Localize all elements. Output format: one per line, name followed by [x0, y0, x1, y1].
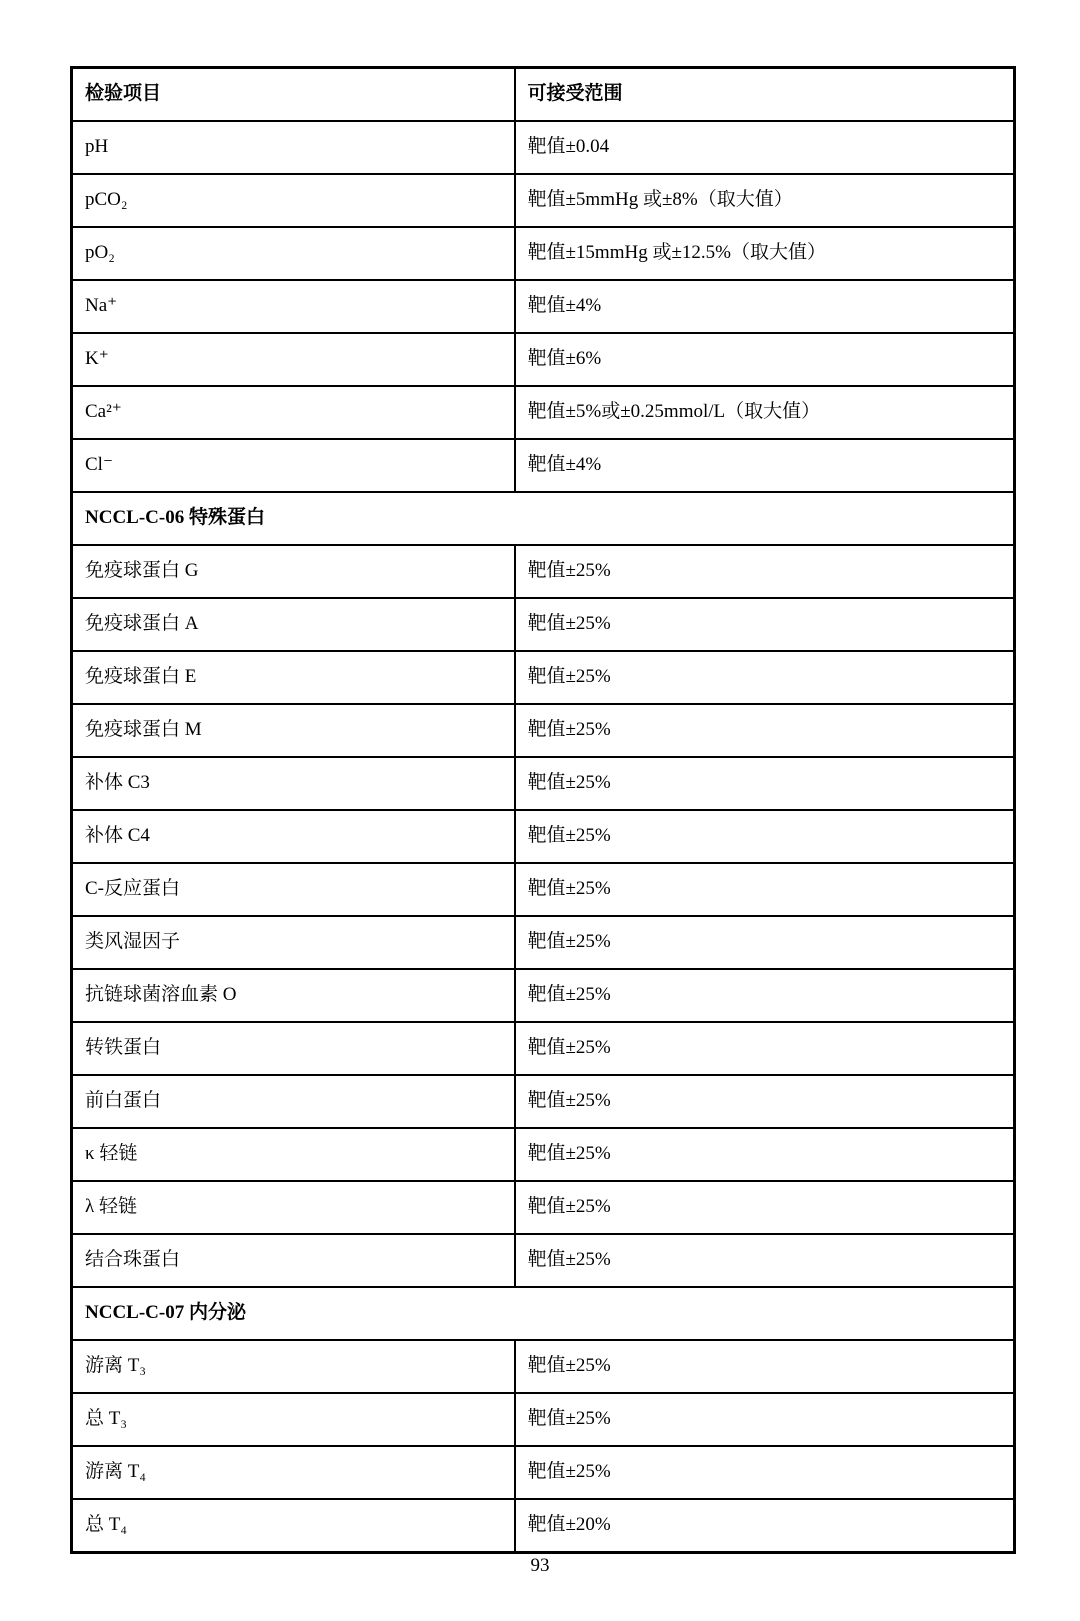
- acceptable-range-cell: 靶值±25%: [515, 651, 1015, 704]
- table-row: pH靶值±0.04: [72, 121, 1015, 174]
- test-item-cell: 总 T₄: [72, 1499, 515, 1553]
- test-item-cell: 免疫球蛋白 E: [72, 651, 515, 704]
- acceptable-range-cell: 靶值±25%: [515, 863, 1015, 916]
- test-item-cell: 免疫球蛋白 G: [72, 545, 515, 598]
- test-item-cell: 免疫球蛋白 A: [72, 598, 515, 651]
- table-row: 总 T₄靶值±20%: [72, 1499, 1015, 1553]
- table-row: 补体 C3靶值±25%: [72, 757, 1015, 810]
- acceptable-range-cell: 靶值±25%: [515, 1075, 1015, 1128]
- table-row: Na⁺靶值±4%: [72, 280, 1015, 333]
- table-row: 转铁蛋白靶值±25%: [72, 1022, 1015, 1075]
- table-row: 免疫球蛋白 A靶值±25%: [72, 598, 1015, 651]
- acceptable-range-cell: 靶值±15mmHg 或±12.5%（取大值）: [515, 227, 1015, 280]
- section-label: NCCL-C-06 特殊蛋白: [72, 492, 1015, 545]
- table-row: 结合珠蛋白靶值±25%: [72, 1234, 1015, 1287]
- acceptable-range-cell: 靶值±25%: [515, 1128, 1015, 1181]
- acceptable-range-cell: 靶值±25%: [515, 1022, 1015, 1075]
- acceptable-range-cell: 靶值±25%: [515, 969, 1015, 1022]
- test-item-cell: 前白蛋白: [72, 1075, 515, 1128]
- table-row: Ca²⁺靶值±5%或±0.25mmol/L（取大值）: [72, 386, 1015, 439]
- test-item-cell: 补体 C3: [72, 757, 515, 810]
- table-row: 游离 T₄靶值±25%: [72, 1446, 1015, 1499]
- table-row: 补体 C4靶值±25%: [72, 810, 1015, 863]
- acceptable-range-cell: 靶值±25%: [515, 1393, 1015, 1446]
- acceptable-range-cell: 靶值±25%: [515, 704, 1015, 757]
- table-row: λ 轻链靶值±25%: [72, 1181, 1015, 1234]
- acceptable-range-cell: 靶值±5mmHg 或±8%（取大值）: [515, 174, 1015, 227]
- test-item-cell: Cl⁻: [72, 439, 515, 492]
- table-row: 前白蛋白靶值±25%: [72, 1075, 1015, 1128]
- test-item-cell: 游离 T₄: [72, 1446, 515, 1499]
- test-item-cell: λ 轻链: [72, 1181, 515, 1234]
- table-header-row: 检验项目 可接受范围: [72, 68, 1015, 122]
- section-header-row: NCCL-C-06 特殊蛋白: [72, 492, 1015, 545]
- test-item-cell: pO₂: [72, 227, 515, 280]
- acceptance-range-table: 检验项目 可接受范围 pH靶值±0.04pCO₂靶值±5mmHg 或±8%（取大…: [70, 66, 1016, 1554]
- test-item-cell: 结合珠蛋白: [72, 1234, 515, 1287]
- table-row: 类风湿因子靶值±25%: [72, 916, 1015, 969]
- table-row: Cl⁻靶值±4%: [72, 439, 1015, 492]
- acceptable-range-cell: 靶值±0.04: [515, 121, 1015, 174]
- test-item-cell: 类风湿因子: [72, 916, 515, 969]
- table-row: 免疫球蛋白 G靶值±25%: [72, 545, 1015, 598]
- table-row: 总 T₃靶值±25%: [72, 1393, 1015, 1446]
- test-item-cell: Ca²⁺: [72, 386, 515, 439]
- section-header-row: NCCL-C-07 内分泌: [72, 1287, 1015, 1340]
- column-header-test-item: 检验项目: [72, 68, 515, 122]
- test-item-cell: pCO₂: [72, 174, 515, 227]
- table-row: 抗链球菌溶血素 O靶值±25%: [72, 969, 1015, 1022]
- acceptable-range-cell: 靶值±20%: [515, 1499, 1015, 1553]
- test-item-cell: 总 T₃: [72, 1393, 515, 1446]
- test-item-cell: C-反应蛋白: [72, 863, 515, 916]
- table-row: C-反应蛋白靶值±25%: [72, 863, 1015, 916]
- acceptable-range-cell: 靶值±25%: [515, 810, 1015, 863]
- test-item-cell: K⁺: [72, 333, 515, 386]
- table-row: 免疫球蛋白 M靶值±25%: [72, 704, 1015, 757]
- test-item-cell: 免疫球蛋白 M: [72, 704, 515, 757]
- test-item-cell: 转铁蛋白: [72, 1022, 515, 1075]
- acceptable-range-cell: 靶值±25%: [515, 916, 1015, 969]
- acceptable-range-cell: 靶值±25%: [515, 1446, 1015, 1499]
- table-row: κ 轻链靶值±25%: [72, 1128, 1015, 1181]
- test-item-cell: Na⁺: [72, 280, 515, 333]
- table-row: K⁺靶值±6%: [72, 333, 1015, 386]
- test-item-cell: κ 轻链: [72, 1128, 515, 1181]
- acceptable-range-cell: 靶值±4%: [515, 280, 1015, 333]
- acceptable-range-cell: 靶值±25%: [515, 545, 1015, 598]
- test-item-cell: 抗链球菌溶血素 O: [72, 969, 515, 1022]
- acceptable-range-cell: 靶值±4%: [515, 439, 1015, 492]
- page-number: 93: [0, 1555, 1080, 1577]
- table-row: pO₂靶值±15mmHg 或±12.5%（取大值）: [72, 227, 1015, 280]
- test-item-cell: 游离 T₃: [72, 1340, 515, 1393]
- acceptable-range-cell: 靶值±25%: [515, 757, 1015, 810]
- acceptance-table-body: pH靶值±0.04pCO₂靶值±5mmHg 或±8%（取大值）pO₂靶值±15m…: [72, 121, 1015, 1553]
- test-item-cell: pH: [72, 121, 515, 174]
- table-row: 游离 T₃靶值±25%: [72, 1340, 1015, 1393]
- test-item-cell: 补体 C4: [72, 810, 515, 863]
- acceptable-range-cell: 靶值±25%: [515, 598, 1015, 651]
- section-label: NCCL-C-07 内分泌: [72, 1287, 1015, 1340]
- document-page: 检验项目 可接受范围 pH靶值±0.04pCO₂靶值±5mmHg 或±8%（取大…: [0, 0, 1080, 1621]
- acceptable-range-cell: 靶值±25%: [515, 1181, 1015, 1234]
- acceptable-range-cell: 靶值±5%或±0.25mmol/L（取大值）: [515, 386, 1015, 439]
- column-header-acceptable-range: 可接受范围: [515, 68, 1015, 122]
- table-row: pCO₂靶值±5mmHg 或±8%（取大值）: [72, 174, 1015, 227]
- table-row: 免疫球蛋白 E靶值±25%: [72, 651, 1015, 704]
- acceptable-range-cell: 靶值±6%: [515, 333, 1015, 386]
- acceptable-range-cell: 靶值±25%: [515, 1234, 1015, 1287]
- acceptable-range-cell: 靶值±25%: [515, 1340, 1015, 1393]
